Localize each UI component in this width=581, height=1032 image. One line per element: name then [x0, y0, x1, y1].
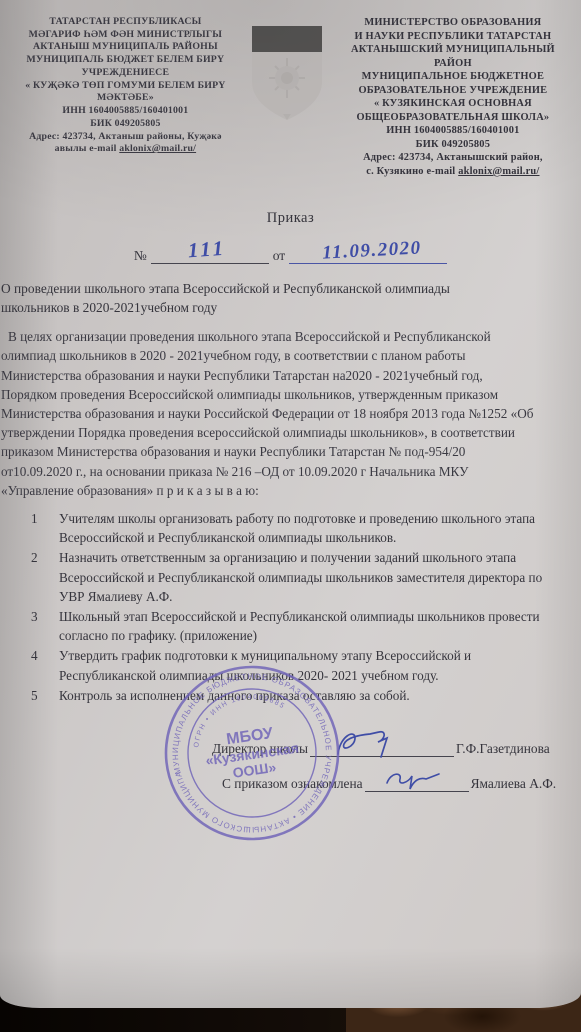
handwritten-date: 11.09.2020 — [322, 238, 422, 265]
letterhead: ТАТАРСТАН РЕСПУБЛИКАСЫ МӘГАРИФ ҺӘМ ФӘН М… — [0, 0, 581, 178]
letterhead-line: МУНИЦИПАЛЬ БЮДЖЕТ БЕЛЕМ БИРҮ — [6, 54, 245, 67]
item-text: Назначить ответственным за организацию и… — [47, 548, 565, 606]
preamble-line: Министерства образования и науки Российс… — [1, 404, 581, 423]
subject-line: школьников в 2020-2021учебном году — [1, 298, 581, 317]
order-item: 3 Школьный этап Всероссийской и Республи… — [0, 607, 581, 645]
acknowledged-name: Ямалиева А.Ф. — [471, 776, 557, 792]
item-number: 5 — [31, 686, 47, 705]
inn-number: ИНН 1604005885/160401001 — [6, 105, 245, 118]
preamble-line: В целях организации проведения школьного… — [1, 327, 581, 346]
item-number: 3 — [31, 607, 47, 645]
letterhead-line: АКТАНЫШСКИЙ МУНИЦИПАЛЬНЫЙ — [327, 43, 579, 57]
letterhead-line: « КУҖӘКӘ ТӨП ГОМУМИ БЕЛЕМ БИРҮ — [6, 80, 245, 93]
handwritten-number: 111 — [187, 236, 227, 264]
letterhead-line: МӘКТӘБЕ» — [6, 92, 245, 105]
preamble-line: приказом Министерства образования и наук… — [1, 442, 581, 461]
order-title: Приказ — [0, 210, 581, 227]
letterhead-line: РАЙОН — [327, 57, 579, 71]
letterhead-tatar: ТАТАРСТАН РЕСПУБЛИКАСЫ МӘГАРИФ ҺӘМ ФӘН М… — [6, 16, 245, 156]
item-number: 1 — [31, 509, 47, 547]
coat-of-arms — [247, 20, 327, 135]
order-item: 1 Учителям школы организовать работу по … — [0, 509, 581, 547]
letterhead-line: И НАУКИ РЕСПУБЛИКИ ТАТАРСТАН — [327, 30, 579, 44]
item-text: Учителям школы организовать работу по по… — [47, 509, 565, 547]
letterhead-line: МУНИЦИПАЛЬНОЕ БЮДЖЕТНОЕ — [327, 70, 579, 84]
letterhead-line: ОБЩЕОБРАЗОВАТЕЛЬНАЯ ШКОЛА» — [327, 111, 579, 125]
letterhead-russian: МИНИСТЕРСТВО ОБРАЗОВАНИЯ И НАУКИ РЕСПУБЛ… — [327, 16, 579, 178]
director-name: Г.Ф.Газетдинова — [456, 741, 550, 757]
date-blank: 11.09.2020 — [289, 244, 447, 264]
email-address: aklonix@mail.ru/ — [458, 166, 539, 177]
acknowledged-signature — [379, 767, 449, 795]
number-blank: 111 — [151, 244, 269, 264]
order-number-line: № 111 от 11.09.2020 — [0, 244, 581, 264]
document-photo: ТАТАРСТАН РЕСПУБЛИКАСЫ МӘГАРИФ ҺӘМ ФӘН М… — [0, 0, 581, 1032]
letterhead-line: АКТАНЫШ МУНИЦИПАЛЬ РАЙОНЫ — [6, 41, 245, 54]
preamble-line: Министерства образования и науки Республ… — [1, 366, 581, 385]
letterhead-line: ОБРАЗОВАТЕЛЬНОЕ УЧРЕЖДЕНИЕ — [327, 84, 579, 98]
letterhead-line: УЧРЕЖДЕНИЕСЕ — [6, 67, 245, 80]
bik-number: БИК 049205805 — [6, 118, 245, 131]
letterhead-line: МӘГАРИФ ҺӘМ ФӘН МИНИСТРЛЫГЫ — [6, 29, 245, 42]
date-label: от — [273, 248, 285, 264]
address-line: Адрес: 423734, Актаныш районы, Куҗәкә — [6, 131, 245, 144]
letterhead-line: МИНИСТЕРСТВО ОБРАЗОВАНИЯ — [327, 16, 579, 30]
order-subject: О проведении школьного этапа Всероссийск… — [0, 279, 581, 317]
letterhead-line: « КУЗЯКИНСКАЯ ОСНОВНАЯ — [327, 97, 579, 111]
preamble-line: «Управление образования» п р и к а з ы в… — [1, 481, 581, 500]
item-number: 4 — [31, 646, 47, 684]
acknowledged-signature-line — [365, 774, 469, 792]
letterhead-line: ТАТАРСТАН РЕСПУБЛИКАСЫ — [6, 16, 245, 29]
email-prefix: с. Кузякино e-mail — [366, 166, 455, 177]
item-number: 2 — [31, 548, 47, 606]
email-line: авылы e-mail aklonix@mail.ru/ — [6, 143, 245, 156]
email-prefix: авылы e-mail — [55, 143, 117, 154]
order-preamble: В целях организации проведения школьного… — [0, 327, 581, 500]
preamble-line: олимпиад школьников в 2020 - 2021учебном… — [1, 346, 581, 365]
preamble-line: от10.09.2020 г., на основании приказа № … — [1, 462, 581, 481]
email-line: с. Кузякино e-mail aklonix@mail.ru/ — [327, 165, 579, 179]
document-page: ТАТАРСТАН РЕСПУБЛИКАСЫ МӘГАРИФ ҺӘМ ФӘН М… — [0, 0, 581, 1008]
item-text: Школьный этап Всероссийской и Республика… — [47, 607, 565, 645]
order-item: 2 Назначить ответственным за организацию… — [0, 548, 581, 606]
preamble-line: утверждении Порядка проведения всероссий… — [1, 423, 581, 442]
email-address: aklonix@mail.ru/ — [119, 143, 196, 154]
preamble-line: Порядком проведения Всероссийской олимпи… — [1, 385, 581, 404]
inn-number: ИНН 1604005885/160401001 — [327, 124, 579, 138]
address-line: Адрес: 423734, Актанышский район, — [327, 151, 579, 165]
subject-line: О проведении школьного этапа Всероссийск… — [1, 279, 581, 298]
bik-number: БИК 049205805 — [327, 138, 579, 152]
number-label: № — [134, 248, 147, 264]
